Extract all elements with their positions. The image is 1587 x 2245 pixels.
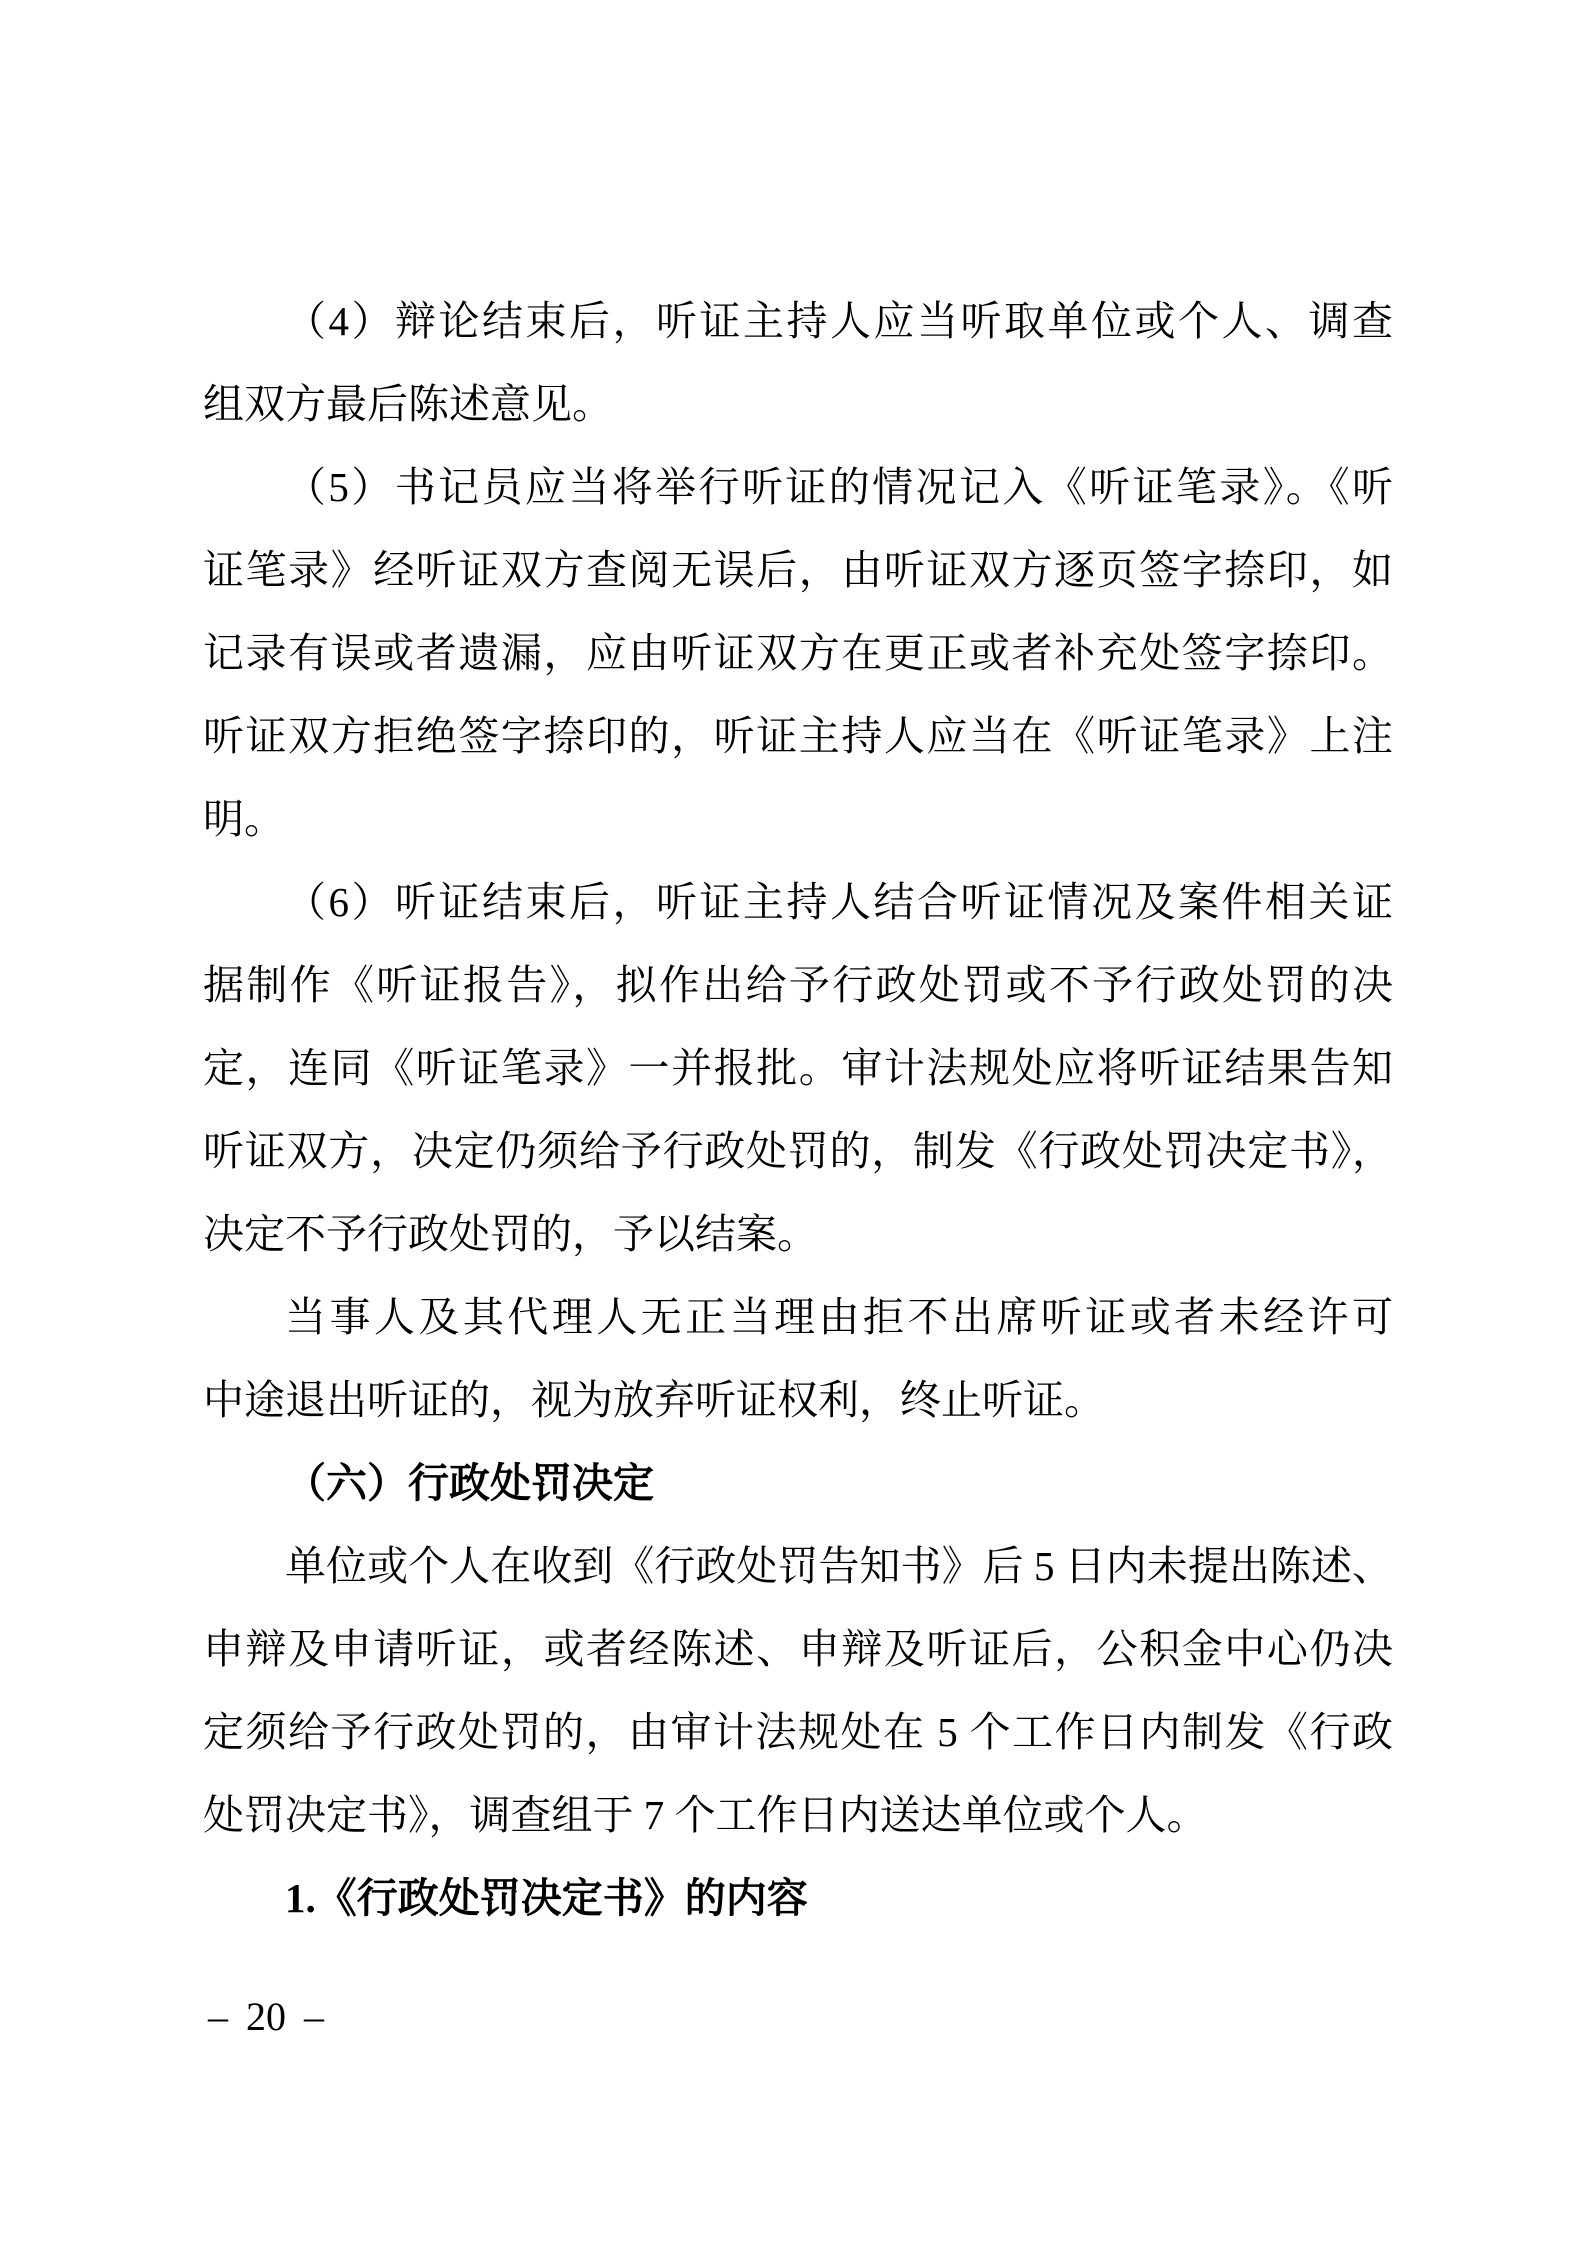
paragraph: （4）辩论结束后，听证主持人应当听取单位或个人、调查 组双方最后陈述意见。 (203, 280, 1393, 446)
paragraph: 当事人及其代理人无正当理由拒不出席听证或者未经许可 中途退出听证的，视为放弃听证… (203, 1276, 1393, 1442)
paragraph-line: 听证双方，决定仍须给予行政处罚的，制发《行政处罚决定书》， (203, 1110, 1393, 1193)
paragraph-line: 证笔录》经听证双方查阅无误后，由听证双方逐页签字捺印，如 (203, 529, 1393, 612)
paragraph-line: 决定不予行政处罚的，予以结案。 (203, 1193, 1393, 1276)
section-heading-text: （六）行政处罚决定 (203, 1442, 1393, 1525)
paragraph-line: 据制作《听证报告》，拟作出给予行政处罚或不予行政处罚的决 (203, 944, 1393, 1027)
paragraph-line: 组双方最后陈述意见。 (203, 363, 1393, 446)
paragraph-line: 单位或个人在收到《行政处罚告知书》后 5 日内未提出陈述、 (203, 1525, 1393, 1608)
paragraph: （6）听证结束后，听证主持人结合听证情况及案件相关证 据制作《听证报告》，拟作出… (203, 861, 1393, 1276)
paragraph: 单位或个人在收到《行政处罚告知书》后 5 日内未提出陈述、 申辩及申请听证，或者… (203, 1525, 1393, 1857)
section-heading-six: （六）行政处罚决定 (203, 1442, 1393, 1525)
document-page: （4）辩论结束后，听证主持人应当听取单位或个人、调查 组双方最后陈述意见。 （5… (0, 0, 1587, 2245)
paragraph-line: 明。 (203, 778, 1393, 861)
paragraph-line: （5）书记员应当将举行听证的情况记入《听证笔录》。《听 (203, 446, 1393, 529)
subsection-heading-text: 1.《行政处罚决定书》的内容 (203, 1857, 1393, 1940)
paragraph-line: 听证双方拒绝签字捺印的，听证主持人应当在《听证笔录》上注 (203, 695, 1393, 778)
paragraph-line: （4）辩论结束后，听证主持人应当听取单位或个人、调查 (203, 280, 1393, 363)
subsection-heading-1: 1.《行政处罚决定书》的内容 (203, 1857, 1393, 1940)
paragraph-line: 当事人及其代理人无正当理由拒不出席听证或者未经许可 (203, 1276, 1393, 1359)
paragraph-line: 定，连同《听证笔录》一并报批。审计法规处应将听证结果告知 (203, 1027, 1393, 1110)
document-text-block: （4）辩论结束后，听证主持人应当听取单位或个人、调查 组双方最后陈述意见。 （5… (203, 280, 1393, 1940)
paragraph-line: （6）听证结束后，听证主持人结合听证情况及案件相关证 (203, 861, 1393, 944)
paragraph-line: 记录有误或者遗漏，应由听证双方在更正或者补充处签字捺印。 (203, 612, 1393, 695)
paragraph-line: 定须给予行政处罚的，由审计法规处在 5 个工作日内制发《行政 (203, 1691, 1393, 1774)
paragraph: （5）书记员应当将举行听证的情况记入《听证笔录》。《听 证笔录》经听证双方查阅无… (203, 446, 1393, 861)
paragraph-line: 处罚决定书》，调查组于 7 个工作日内送达单位或个人。 (203, 1774, 1393, 1857)
paragraph-line: 中途退出听证的，视为放弃听证权利，终止听证。 (203, 1359, 1393, 1442)
page-number: – 20 – (208, 1994, 324, 2040)
paragraph-line: 申辩及申请听证，或者经陈述、申辩及听证后，公积金中心仍决 (203, 1608, 1393, 1691)
